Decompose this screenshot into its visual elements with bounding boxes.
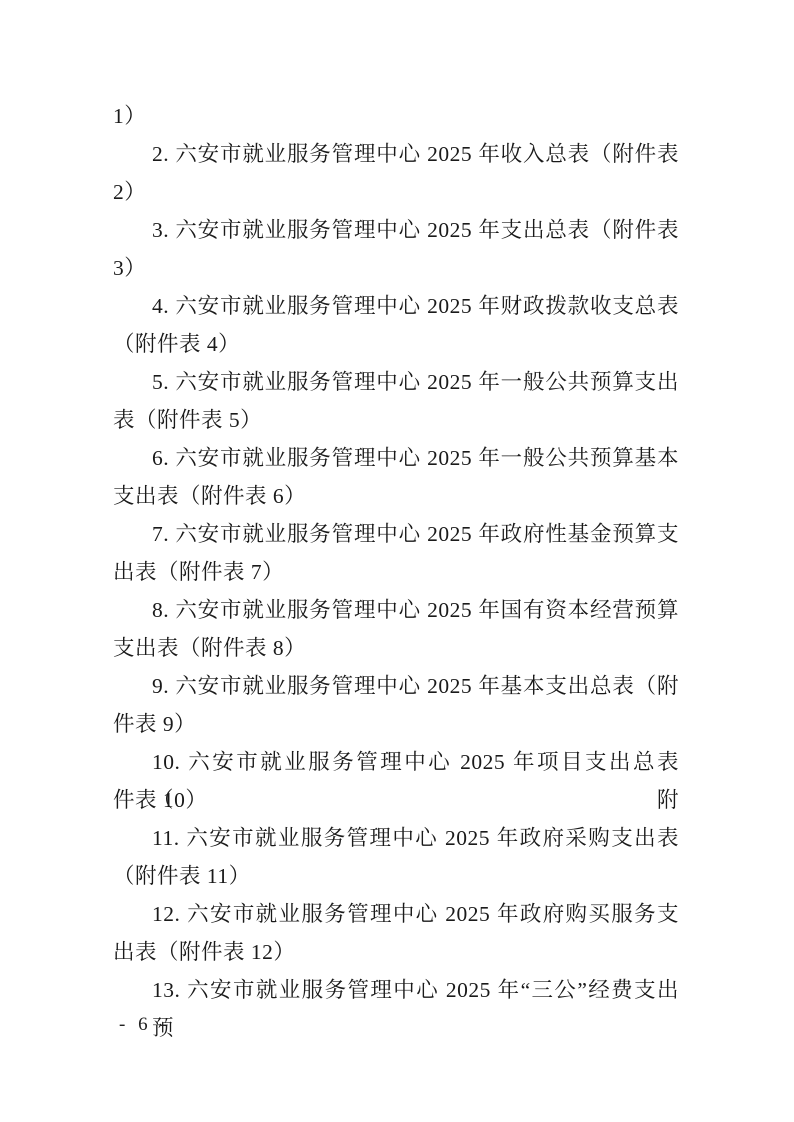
item-continuation-line: （附件表 4） — [113, 325, 679, 363]
item-continuation-line: 3） — [113, 249, 679, 287]
item-first-line: 7. 六安市就业服务管理中心 2025 年政府性基金预算支 — [113, 515, 679, 553]
item-first-line: 4. 六安市就业服务管理中心 2025 年财政拨款收支总表 — [113, 287, 679, 325]
item-continuation-line: 表（附件表 5） — [113, 401, 679, 439]
item-first-line: 2. 六安市就业服务管理中心 2025 年收入总表（附件表 — [113, 135, 679, 173]
item-continuation-line: 支出表（附件表 8） — [113, 629, 679, 667]
item-first-line: 10. 六安市就业服务管理中心 2025 年项目支出总表（附 — [113, 743, 679, 781]
item-first-line: 11. 六安市就业服务管理中心 2025 年政府采购支出表 — [113, 819, 679, 857]
page-number: - 6 - — [119, 1012, 168, 1038]
item-continuation-line: 件表 9） — [113, 705, 679, 743]
item-first-line: 8. 六安市就业服务管理中心 2025 年国有资本经营预算 — [113, 591, 679, 629]
item-continuation-line: 出表（附件表 12） — [113, 933, 679, 971]
item-first-line: 13. 六安市就业服务管理中心 2025 年“三公”经费支出预 — [113, 971, 679, 1009]
document-page: 1） 2. 六安市就业服务管理中心 2025 年收入总表（附件表 2） 3. 六… — [0, 0, 794, 1122]
item-first-line: 3. 六安市就业服务管理中心 2025 年支出总表（附件表 — [113, 211, 679, 249]
item-first-line: 6. 六安市就业服务管理中心 2025 年一般公共预算基本 — [113, 439, 679, 477]
item-first-line: 12. 六安市就业服务管理中心 2025 年政府购买服务支 — [113, 895, 679, 933]
item-first-line: 9. 六安市就业服务管理中心 2025 年基本支出总表（附 — [113, 667, 679, 705]
item-continuation-line: （附件表 11） — [113, 857, 679, 895]
item-first-line: 5. 六安市就业服务管理中心 2025 年一般公共预算支出 — [113, 363, 679, 401]
item-continuation-line: 出表（附件表 7） — [113, 553, 679, 591]
item-continuation-line: 2） — [113, 173, 679, 211]
item-continuation-line: 支出表（附件表 6） — [113, 477, 679, 515]
item-continuation-line: 1） — [113, 97, 679, 135]
document-body: 1） 2. 六安市就业服务管理中心 2025 年收入总表（附件表 2） 3. 六… — [113, 97, 679, 1009]
